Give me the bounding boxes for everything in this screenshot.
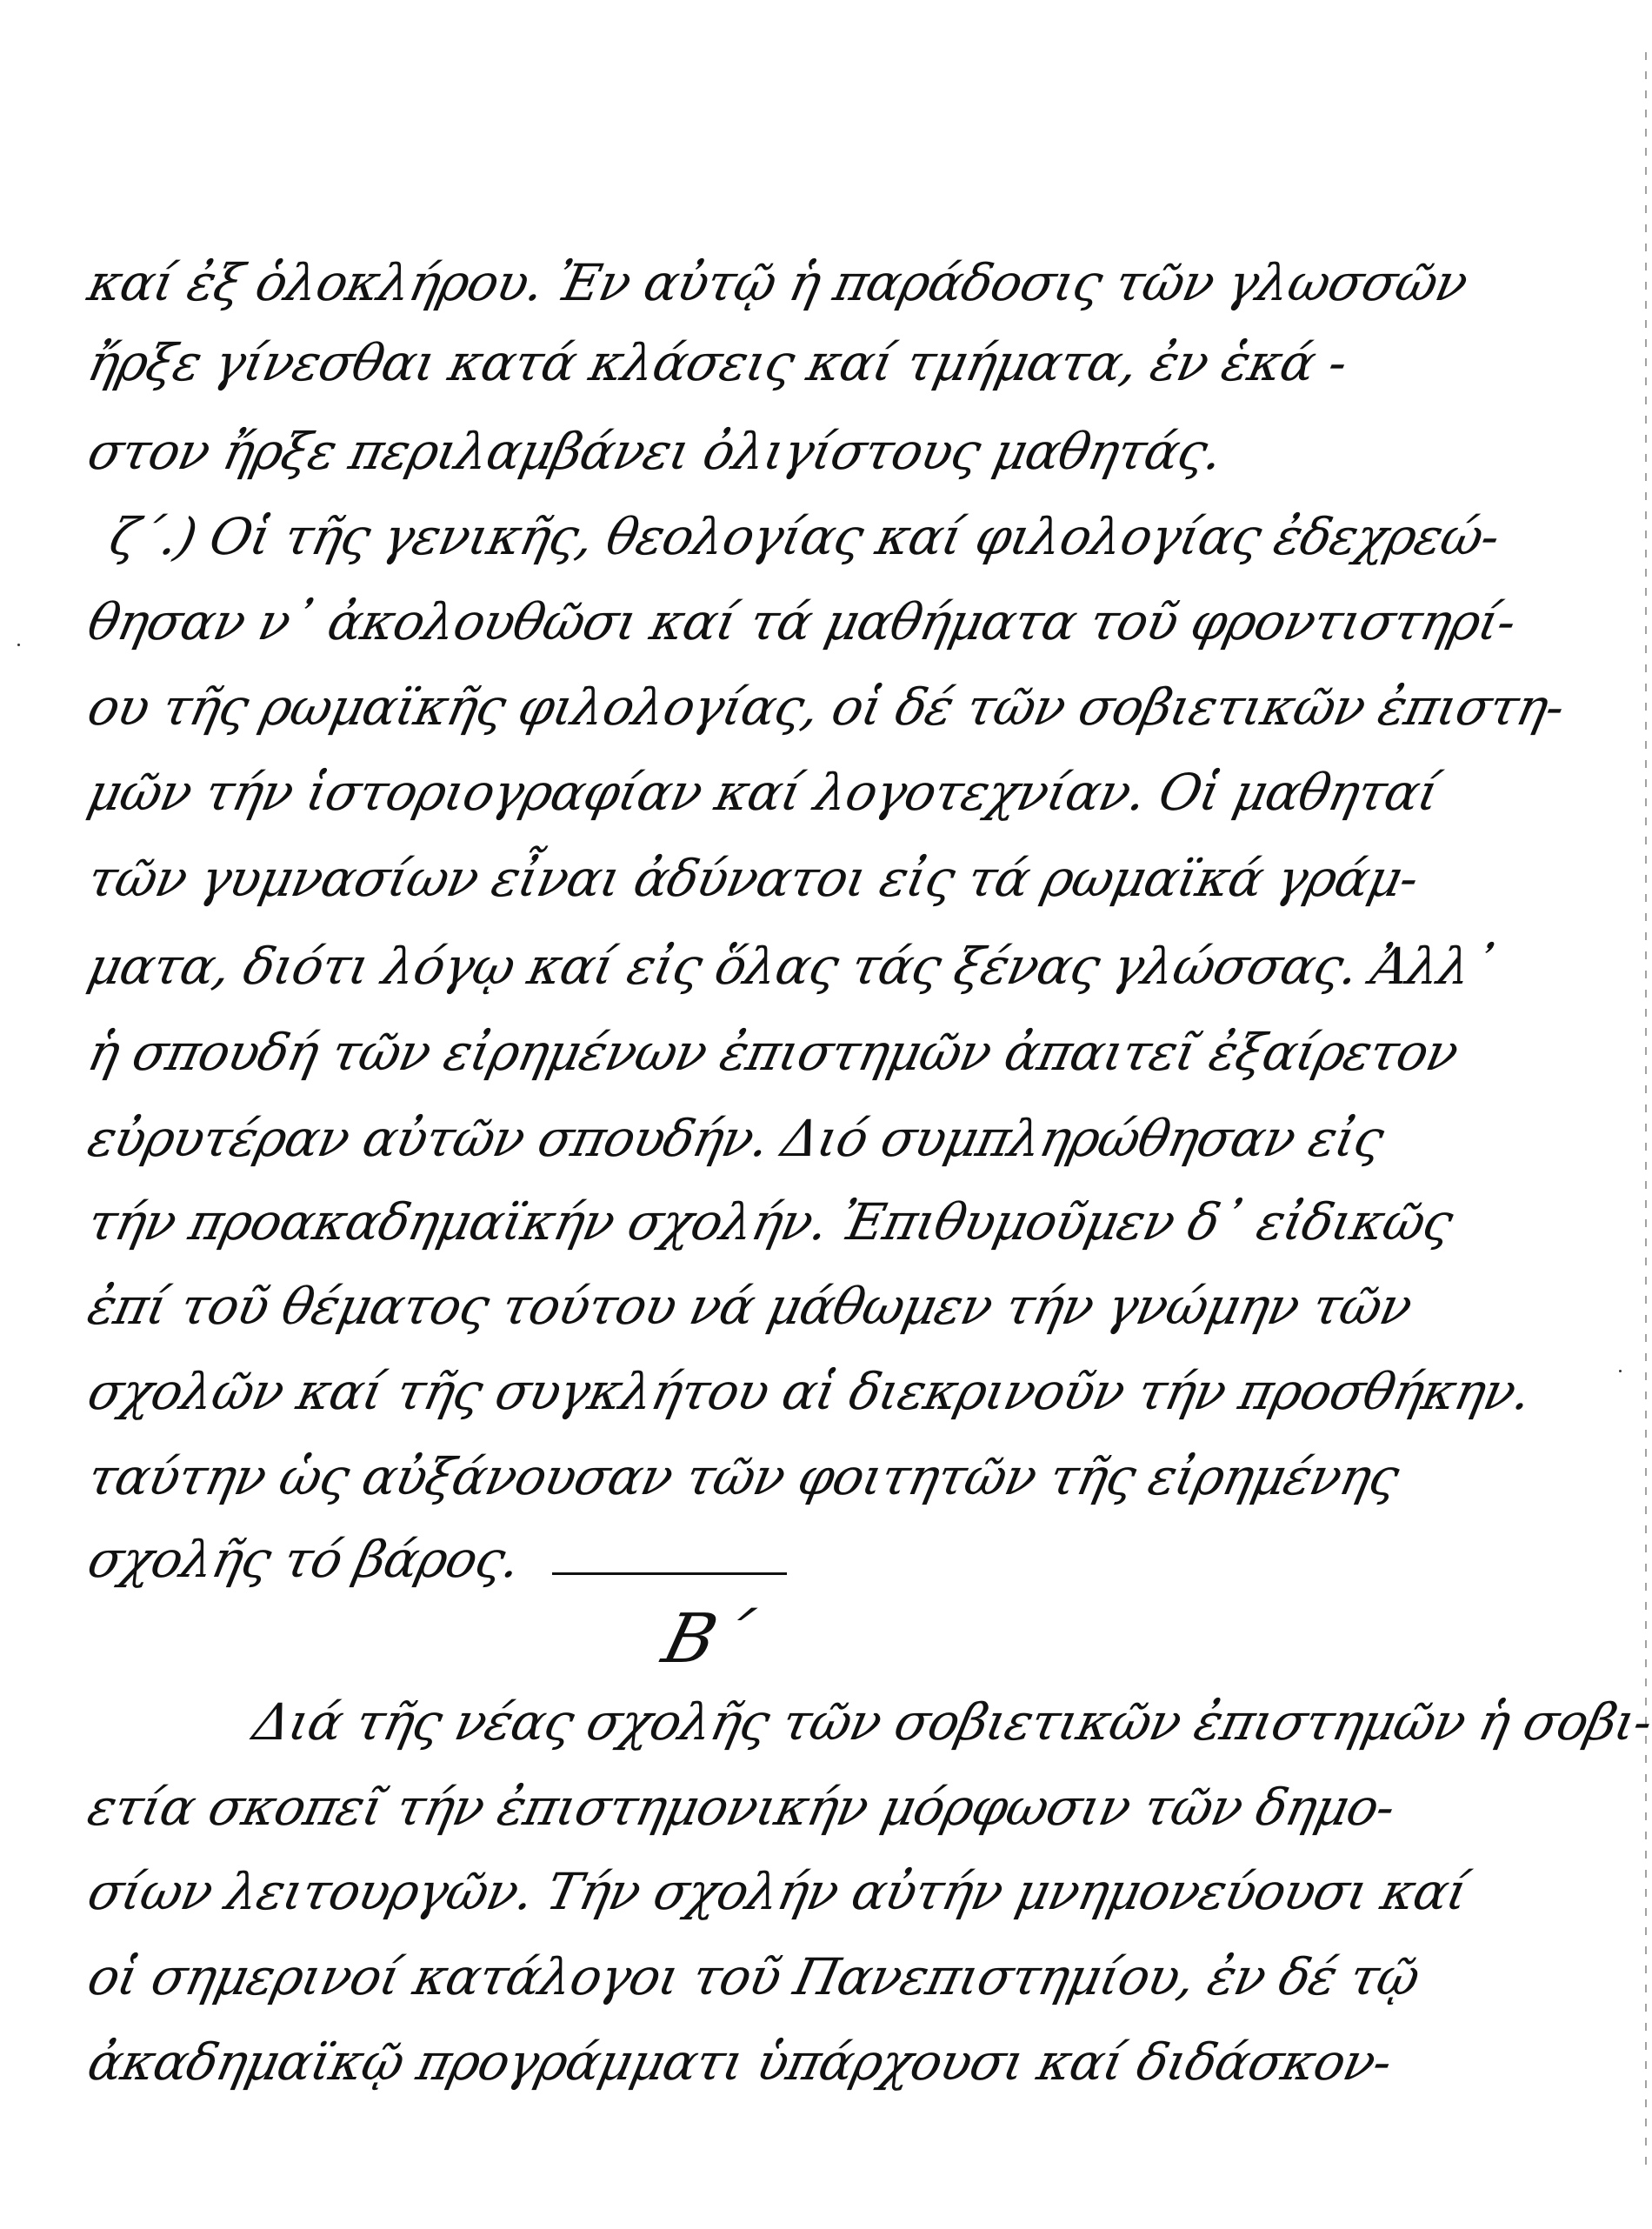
text-line-7: μῶν τήν ἱστοριογραφίαν καί λογοτεχνίαν. … [83,762,1591,823]
section-heading-b: Β΄ [656,1600,759,1678]
text-line-19: σίων λειτουργῶν. Τήν σχολήν αὐτήν μνημον… [83,1861,1591,1922]
ink-speck [1619,1370,1622,1372]
end-of-section-rule [552,1572,787,1575]
text-line-2: ἤρξε γίνεσθαι κατά κλάσεις καί τμήματα, … [83,332,1591,393]
text-line-5: θησαν ν᾽ ἀκολουθῶσι καί τά μαθήματα τοῦ … [83,591,1591,652]
text-line-20: οἱ σημερινοί κατάλογοι τοῦ Πανεπιστημίου… [83,1946,1591,2007]
text-line-4-paragraph-z: ζ΄.) Οἱ τῆς γενικῆς, θεολογίας καί φιλολ… [104,506,1613,567]
ink-speck [17,644,20,646]
text-line-3: στον ἤρξε περιλαμβάνει ὀλιγίστους μαθητά… [83,421,1591,482]
text-line-13: ἐπί τοῦ θέματος τούτου νά μάθωμεν τήν γν… [83,1276,1591,1337]
text-line-8: τῶν γυμνασίων εἶναι ἀδύνατοι εἰς τά ρωμα… [83,848,1591,909]
text-line-18: ετία σκοπεῖ τήν ἐπιστημονικήν μόρφωσιν τ… [83,1777,1591,1838]
text-line-10: ἡ σπουδή τῶν εἰρημένων ἐπιστημῶν ἀπαιτεῖ… [83,1022,1591,1083]
text-line-12: τήν προακαδημαϊκήν σχολήν. Ἐπιθυμοῦμεν δ… [83,1191,1591,1252]
text-line-21: ἀκαδημαϊκῷ προγράμματι ὑπάρχουσι καί διδ… [83,2032,1591,2092]
text-line-9: ματα, διότι λόγῳ καί εἰς ὅλας τάς ξένας … [83,936,1591,997]
text-line-14: σχολῶν καί τῆς συγκλήτου αἱ διεκρινοῦν τ… [83,1361,1591,1422]
text-line-1: καί ἐξ ὁλοκλήρου. Ἐν αὐτῷ ἡ παράδοσις τῶ… [83,252,1591,313]
text-line-16: σχολῆς τό βάρος. [83,1529,1591,1590]
manuscript-page: καί ἐξ ὁλοκλήρου. Ἐν αὐτῷ ἡ παράδοσις τῶ… [0,0,1652,2229]
right-margin-edge [1645,52,1647,2174]
text-line-15: ταύτην ὡς αὐξάνουσαν τῶν φοιτητῶν τῆς εἰ… [83,1446,1591,1507]
text-line-17-paragraph-start: Διά τῆς νέας σχολῆς τῶν σοβιετικῶν ἐπιστ… [248,1692,1652,1752]
text-line-11: εὐρυτέραν αὐτῶν σπουδήν. Διό συμπληρώθησ… [83,1108,1591,1169]
text-line-6: ου τῆς ρωμαϊκῆς φιλολογίας, οἱ δέ τῶν σο… [83,677,1591,737]
